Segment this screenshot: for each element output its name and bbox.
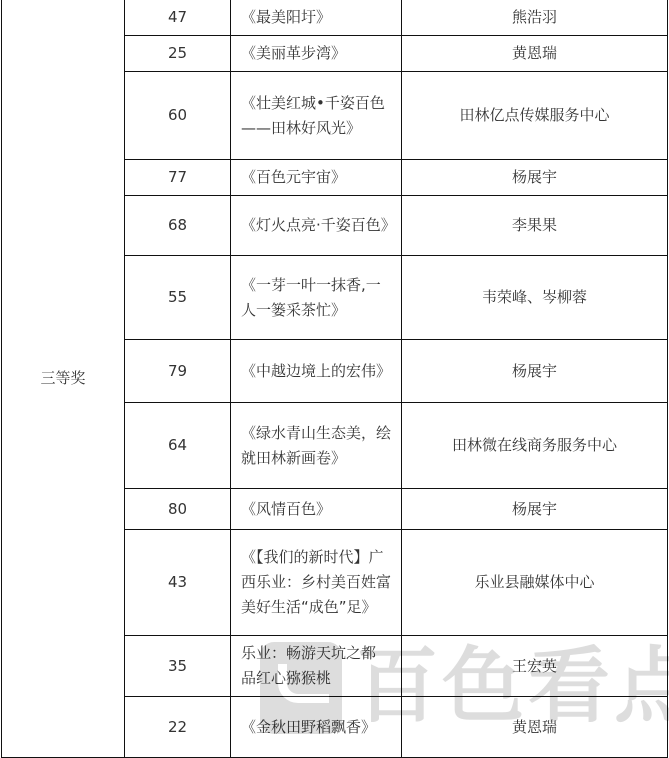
entry-title: 《灯火点亮·千姿百色》 bbox=[231, 196, 402, 256]
entry-number: 55 bbox=[125, 256, 231, 340]
entry-number: 64 bbox=[125, 403, 231, 489]
entry-title: 《金秋田野稻飘香》 bbox=[231, 697, 402, 758]
entry-number: 25 bbox=[125, 36, 231, 72]
entry-number: 68 bbox=[125, 196, 231, 256]
table-row: 三等奖 47 《最美阳圩》 熊浩羽 bbox=[2, 0, 668, 36]
entry-author: 杨展宇 bbox=[402, 340, 668, 403]
entry-title: 《【我们的新时代】广西乐业：乡村美百姓富 美好生活“成色”足》 bbox=[231, 530, 402, 636]
entry-title: 《一芽一叶一抹香,一人一篓采茶忙》 bbox=[231, 256, 402, 340]
entry-title: 《百色元宇宙》 bbox=[231, 160, 402, 196]
entry-author: 田林亿点传媒服务中心 bbox=[402, 72, 668, 160]
entry-title: 《最美阳圩》 bbox=[231, 0, 402, 36]
entry-author: 杨展宇 bbox=[402, 160, 668, 196]
entry-author: 熊浩羽 bbox=[402, 0, 668, 36]
entry-number: 79 bbox=[125, 340, 231, 403]
entry-title: 《壮美红城•千姿百色——田林好风光》 bbox=[231, 72, 402, 160]
entry-title: 《绿水青山生态美，绘就田林新画卷》 bbox=[231, 403, 402, 489]
entry-title: 《风情百色》 bbox=[231, 489, 402, 530]
award-level-cell: 三等奖 bbox=[2, 0, 125, 758]
entry-title: 乐业：畅游天坑之都 品红心猕猴桃 bbox=[231, 636, 402, 697]
entry-author: 黄恩瑞 bbox=[402, 36, 668, 72]
entry-number: 22 bbox=[125, 697, 231, 758]
entry-author: 乐业县融媒体中心 bbox=[402, 530, 668, 636]
entry-title: 《美丽革步湾》 bbox=[231, 36, 402, 72]
entry-author: 黄恩瑞 bbox=[402, 697, 668, 758]
entry-number: 60 bbox=[125, 72, 231, 160]
entry-author: 田林微在线商务服务中心 bbox=[402, 403, 668, 489]
entry-author: 王宏英 bbox=[402, 636, 668, 697]
entry-author: 李果果 bbox=[402, 196, 668, 256]
awards-table-page: 三等奖 47 《最美阳圩》 熊浩羽 25 《美丽革步湾》 黄恩瑞 60 《壮美红… bbox=[0, 0, 669, 758]
entry-author: 韦荣峰、岑柳蓉 bbox=[402, 256, 668, 340]
entry-number: 47 bbox=[125, 0, 231, 36]
entry-author: 杨展宇 bbox=[402, 489, 668, 530]
entry-title: 《中越边境上的宏伟》 bbox=[231, 340, 402, 403]
entry-number: 80 bbox=[125, 489, 231, 530]
entry-number: 43 bbox=[125, 530, 231, 636]
entry-number: 35 bbox=[125, 636, 231, 697]
entry-number: 77 bbox=[125, 160, 231, 196]
awards-table: 三等奖 47 《最美阳圩》 熊浩羽 25 《美丽革步湾》 黄恩瑞 60 《壮美红… bbox=[1, 0, 668, 758]
